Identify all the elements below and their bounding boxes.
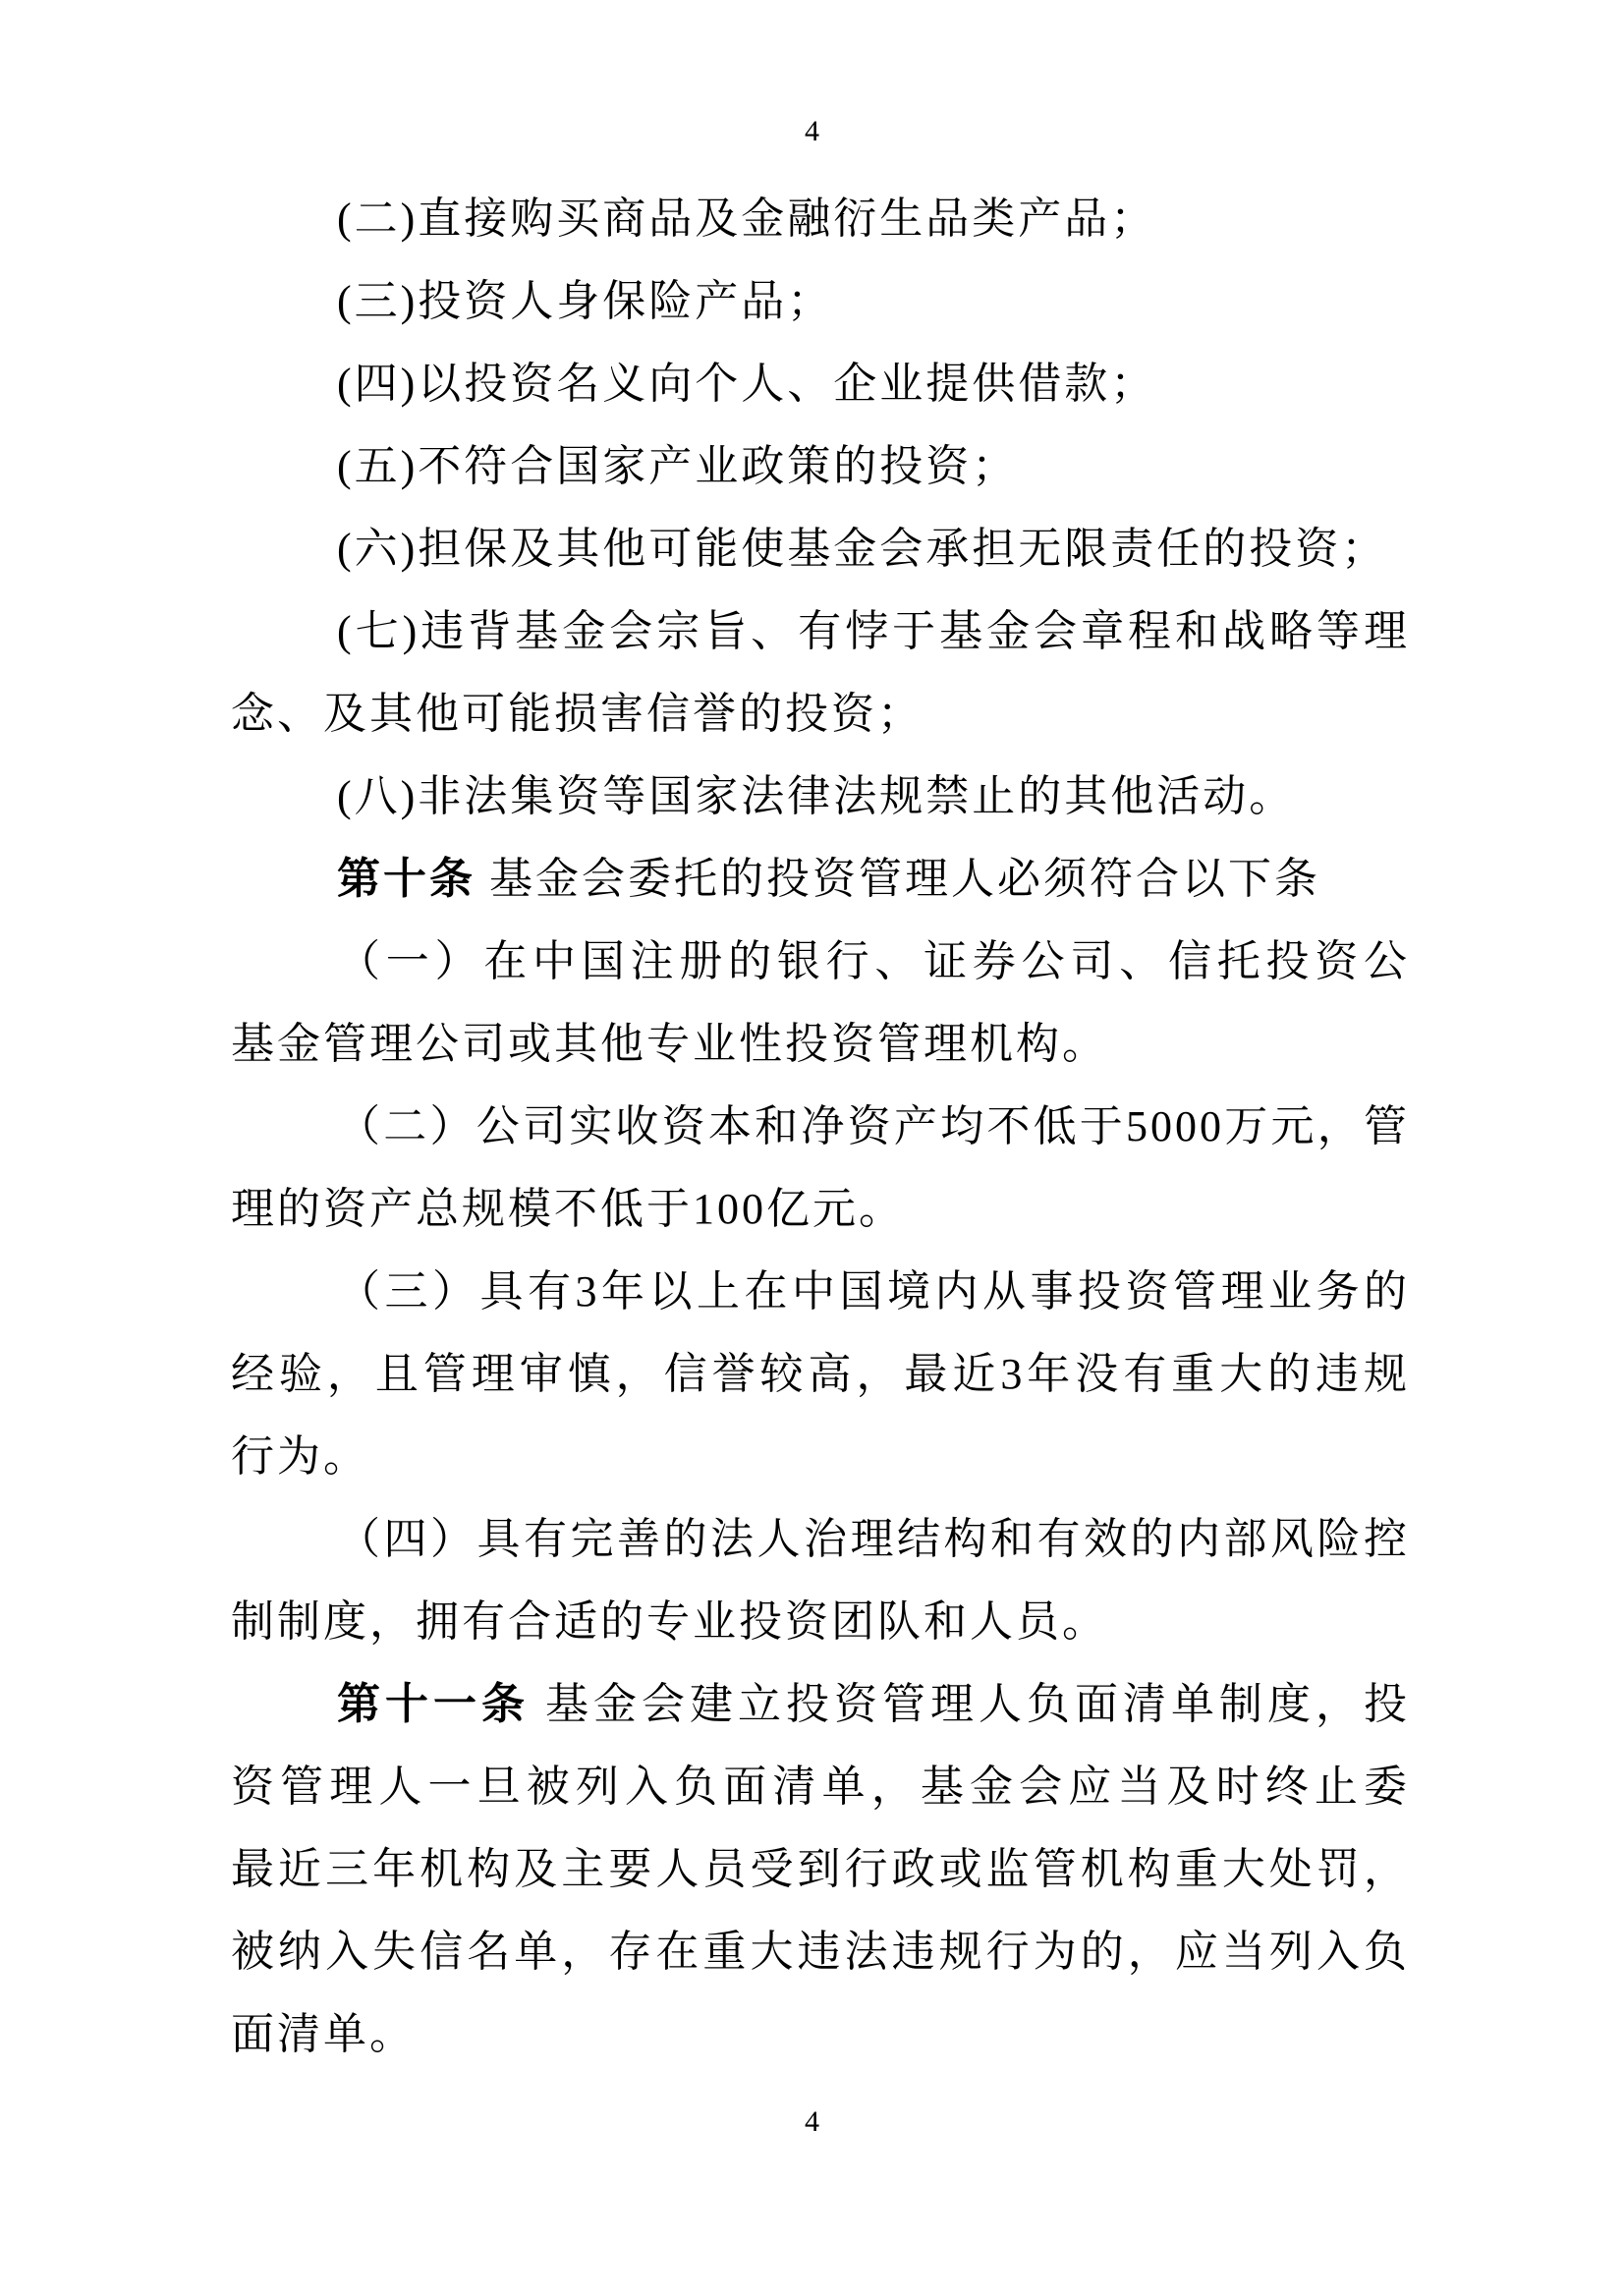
- text-line: (四)以投资名义向个人、企业提供借款；: [231, 343, 1410, 425]
- text-line: 面清单。: [231, 1993, 1410, 2076]
- text-line: （二）公司实收资本和净资产均不低于5000万元，管: [231, 1086, 1410, 1168]
- paragraph: 第十一条 基金会建立投资管理人负面清单制度，投资管理人一旦被列入负面清单，基金会…: [231, 1663, 1410, 2076]
- text-line: (二)直接购买商品及金融衍生品类产品；: [231, 178, 1410, 260]
- text-line: 理的资产总规模不低于100亿元。: [231, 1168, 1410, 1251]
- text-line: 被纳入失信名单，存在重大违法违规行为的，应当列入负: [231, 1911, 1410, 1993]
- text-line: 行为。: [231, 1416, 1410, 1498]
- text-line: (八)非法集资等国家法律法规禁止的其他活动。: [231, 756, 1410, 838]
- text-line: 经验，且管理审慎，信誉较高，最近3年没有重大的违规: [231, 1333, 1410, 1416]
- paragraph: （二）公司实收资本和净资产均不低于5000万元，管理的资产总规模不低于100亿元…: [231, 1086, 1410, 1251]
- article-number: 第十条: [337, 855, 476, 903]
- paragraph: （三）具有3年以上在中国境内从事投资管理业务的经验，且管理审慎，信誉较高，最近3…: [231, 1251, 1410, 1498]
- text-line: （一）在中国注册的银行、证券公司、信托投资公司、: [231, 921, 1410, 1003]
- text-line: 制制度，拥有合适的专业投资团队和人员。: [231, 1581, 1410, 1663]
- text-line: 第十一条 基金会建立投资管理人负面清单制度，投: [231, 1663, 1410, 1746]
- paragraph: (三)投资人身保险产品；: [231, 260, 1410, 343]
- text-line: (七)违背基金会宗旨、有悖于基金会章程和战略等理: [231, 590, 1410, 673]
- paragraph: (五)不符合国家产业政策的投资；: [231, 425, 1410, 508]
- text-line: (六)担保及其他可能使基金会承担无限责任的投资；: [231, 508, 1410, 590]
- paragraph: (二)直接购买商品及金融衍生品类产品；: [231, 178, 1410, 260]
- paragraph: (四)以投资名义向个人、企业提供借款；: [231, 343, 1410, 425]
- paragraph: (八)非法集资等国家法律法规禁止的其他活动。: [231, 756, 1410, 838]
- document-body: (二)直接购买商品及金融衍生品类产品；(三)投资人身保险产品；(四)以投资名义向…: [231, 178, 1410, 2076]
- text-line: (三)投资人身保险产品；: [231, 260, 1410, 343]
- text-line: 最近三年机构及主要人员受到行政或监管机构重大处罚，: [231, 1828, 1410, 1911]
- paragraph: 第十条 基金会委托的投资管理人必须符合以下条件：: [231, 838, 1410, 921]
- text-line: (五)不符合国家产业政策的投资；: [231, 425, 1410, 508]
- header-page-number: 4: [0, 114, 1624, 149]
- text-line: 基金管理公司或其他专业性投资管理机构。: [231, 1003, 1410, 1086]
- footer-page-number: 4: [0, 2104, 1624, 2140]
- paragraph: （四）具有完善的法人治理结构和有效的内部风险控制制度，拥有合适的专业投资团队和人…: [231, 1498, 1410, 1663]
- text-line: 念、及其他可能损害信誉的投资；: [231, 673, 1410, 756]
- text-line: （三）具有3年以上在中国境内从事投资管理业务的: [231, 1251, 1410, 1333]
- paragraph: (七)违背基金会宗旨、有悖于基金会章程和战略等理念、及其他可能损害信誉的投资；: [231, 590, 1410, 756]
- article-number: 第十一条: [337, 1680, 530, 1728]
- text-line: （四）具有完善的法人治理结构和有效的内部风险控: [231, 1498, 1410, 1581]
- paragraph: (六)担保及其他可能使基金会承担无限责任的投资；: [231, 508, 1410, 590]
- text-line: 第十条 基金会委托的投资管理人必须符合以下条件：: [231, 838, 1410, 921]
- document-page: 4 (二)直接购买商品及金融衍生品类产品；(三)投资人身保险产品；(四)以投资名…: [0, 0, 1624, 2296]
- paragraph: （一）在中国注册的银行、证券公司、信托投资公司、基金管理公司或其他专业性投资管理…: [231, 921, 1410, 1086]
- text-line: 资管理人一旦被列入负面清单，基金会应当及时终止委托：: [231, 1746, 1410, 1828]
